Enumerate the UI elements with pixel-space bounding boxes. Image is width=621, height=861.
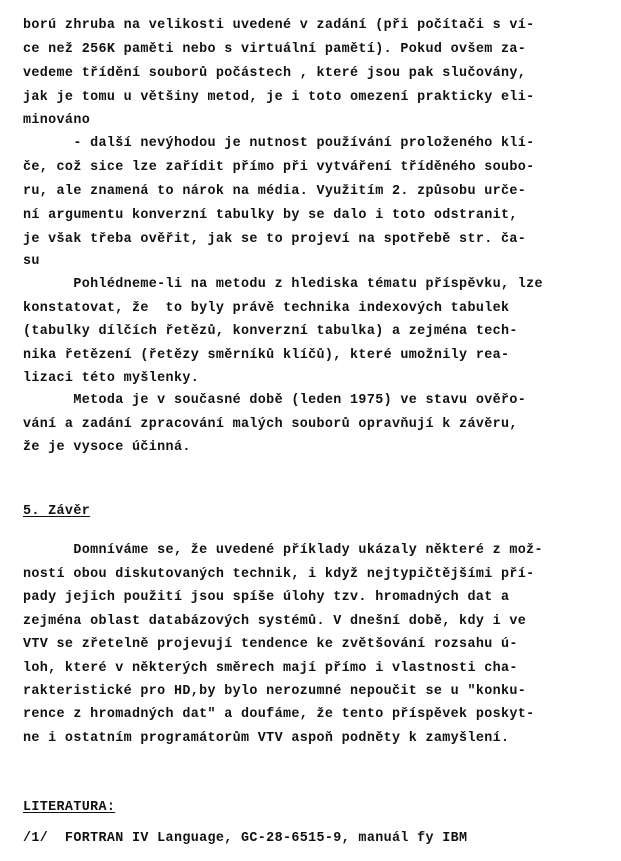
text-line: lizaci této myšlenky. (23, 371, 199, 387)
text-line: su (23, 254, 40, 270)
section-heading: 5. Závěr (23, 504, 90, 520)
document-page: ború zhruba na velikosti uvedené v zadán… (0, 0, 621, 861)
text-line: Pohlédneme-li na metodu z hlediska témat… (23, 277, 543, 293)
text-line: je však třeba ověřit, jak se to projeví … (23, 232, 526, 248)
text-line: vání a zadání zpracování malých souborů … (23, 417, 518, 433)
text-line: minováno (23, 113, 90, 129)
text-line: ností obou diskutovaných technik, i když… (23, 567, 535, 583)
text-line: že je vysoce účinná. (23, 440, 191, 456)
text-line: ború zhruba na velikosti uvedené v zadán… (23, 18, 535, 34)
text-line: pady jejich použití jsou spíše úlohy tzv… (23, 590, 509, 606)
text-line: ne i ostatním programátorům VTV aspoň po… (23, 731, 509, 747)
text-line: ce než 256K paměti nebo s virtuální pamě… (23, 42, 526, 58)
text-line: ní argumentu konverzní tabulky by se dal… (23, 208, 518, 224)
text-line: Domníváme se, že uvedené příklady ukázal… (23, 543, 543, 559)
text-line: rakteristické pro HD,by bylo nerozumné n… (23, 684, 526, 700)
text-line: loh, které v některých směrech mají přím… (23, 661, 518, 677)
text-line: zejména oblast databázových systémů. V d… (23, 614, 526, 630)
literature-heading: LITERATURA: (23, 800, 115, 816)
text-line: jak je tomu u většiny metod, je i toto o… (23, 90, 535, 106)
text-line: nika řetězení (řetězy směrníků klíčů), k… (23, 348, 509, 364)
reference-item: /1/ FORTRAN IV Language, GC-28-6515-9, m… (23, 831, 467, 847)
text-line: rence z hromadných dat" a doufáme, že te… (23, 707, 535, 723)
text-line: ru, ale znamená to nárok na média. Využi… (23, 184, 526, 200)
text-line: VTV se zřetelně projevují tendence ke zv… (23, 637, 518, 653)
text-line: (tabulky dílčích řetězů, konverzní tabul… (23, 324, 518, 340)
text-line: konstatovat, že to byly právě technika i… (23, 301, 509, 317)
text-line: vedeme třídění souborů počástech , které… (23, 66, 526, 82)
text-line: - další nevýhodou je nutnost používání p… (23, 136, 535, 152)
text-line: če, což sice lze zařídit přímo při vytvá… (23, 160, 535, 176)
text-line: Metoda je v současné době (leden 1975) v… (23, 393, 526, 409)
